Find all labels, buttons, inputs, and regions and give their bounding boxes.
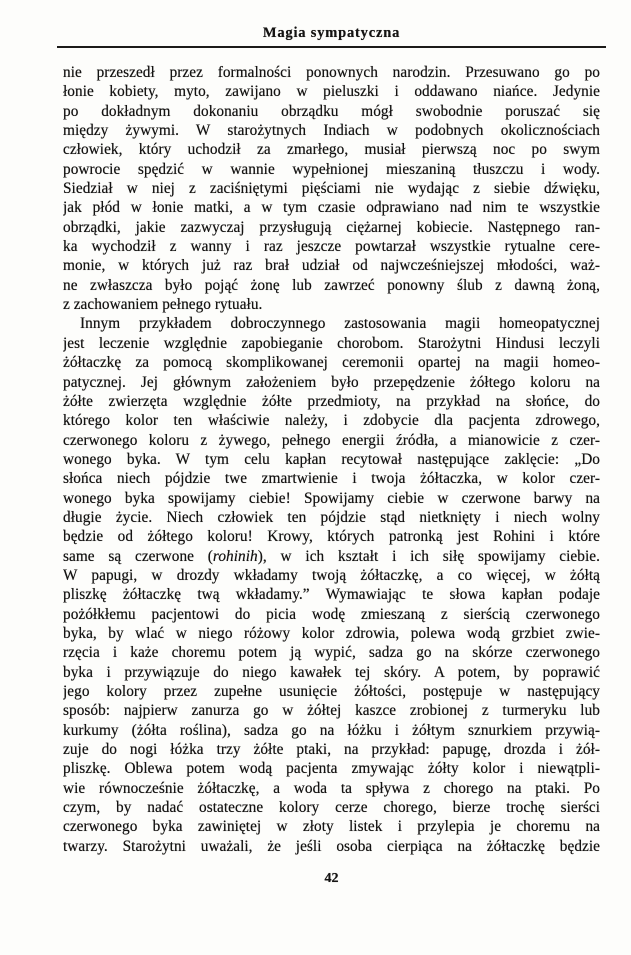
text-line: czym, by nadać ostateczne kolory cerze c… xyxy=(63,798,600,817)
text-line: słońca niech pójdzie twe zmartwienie i t… xyxy=(63,469,600,488)
text-line: powrocie spędzić w wannie wypełnionej mi… xyxy=(63,160,600,179)
text-line: wonego byka. W tym celu kapłan recytował… xyxy=(63,450,600,469)
text-line: pliszkę. Oblewa potem wodą pacjenta zmyw… xyxy=(63,759,600,778)
text-line: wie równocześnie żółtaczkę, a woda ta sp… xyxy=(63,779,600,798)
text-line: W papugi, w drozdy wkładamy twoją żółtac… xyxy=(63,566,600,585)
italic-term: rohinih xyxy=(213,548,258,565)
text-segment: ), w ich kształt i ich siłę spowijamy ci… xyxy=(258,548,600,565)
book-page: Magia sympatyczna nie przeszedł przez fo… xyxy=(0,0,631,955)
text-line: byka i przywiązuje do niego kawałek tej … xyxy=(63,663,600,682)
text-line: kurkumy (żółta roślina), sadza go na łóż… xyxy=(63,721,600,740)
text-line: z zachowaniem pełnego rytuału. xyxy=(63,295,600,314)
header-rule xyxy=(57,46,606,48)
paragraph: Innym przykładem dobroczynnego zastosowa… xyxy=(63,314,600,856)
text-line: którego kolor ten właściwie należy, i zd… xyxy=(63,411,600,430)
text-line: ka wychodził z wanny i raz jeszcze powta… xyxy=(63,237,600,256)
running-header-title: Magia sympatyczna xyxy=(63,25,600,42)
text-line: nie przeszedł przez formalności ponownyc… xyxy=(63,63,600,82)
text-line: ne zwłaszcza było pojąć żonę lub zawrzeć… xyxy=(63,276,600,295)
text-line: pożółkłemu pacjentowi do picia wodę zmie… xyxy=(63,605,600,624)
text-segment: same są czerwone ( xyxy=(63,548,213,565)
paragraph: nie przeszedł przez formalności ponownyc… xyxy=(63,63,600,314)
text-line: będzie od żółtego koloru! Krowy, których… xyxy=(63,527,600,546)
text-line: człowiek, który uchodził za zmarłego, mu… xyxy=(63,140,600,159)
text-line: czerwonego byka zawiniętej w złoty liste… xyxy=(63,817,600,836)
text-line: wonego byka spowijamy ciebie! Spowijamy … xyxy=(63,489,600,508)
page-number: 42 xyxy=(63,871,600,887)
text-line: pliszkę żółtaczkę twą wkładamy.” Wymawia… xyxy=(63,585,600,604)
text-line: jak płód w łonie matki, a w tym czasie o… xyxy=(63,198,600,217)
text-line: monie, w których już raz brał udział od … xyxy=(63,256,600,275)
text-line: obrządki, jakie zazwyczaj przysługują ci… xyxy=(63,218,600,237)
text-line: jego kolory przez zupełne usunięcie żółt… xyxy=(63,682,600,701)
text-line: długie życie. Niech człowiek ten pójdzie… xyxy=(63,508,600,527)
text-line: Siedział w niej z zaciśniętymi pięściami… xyxy=(63,179,600,198)
text-line: Innym przykładem dobroczynnego zastosowa… xyxy=(63,314,600,333)
text-line: między żywymi. W starożytnych Indiach w … xyxy=(63,121,600,140)
text-line: po dokładnym dokonaniu obrządku mógł swo… xyxy=(63,102,600,121)
text-line: sposób: najpierw zanurza go w żółtej kas… xyxy=(63,701,600,720)
text-line: patycznej. Jej głównym założeniem było p… xyxy=(63,373,600,392)
text-line: rzęcia i każe choremu potem ją wypić, sa… xyxy=(63,643,600,662)
body-text: nie przeszedł przez formalności ponownyc… xyxy=(63,63,600,856)
text-line: jest leczenie względnie zapobieganie cho… xyxy=(63,334,600,353)
text-line: same są czerwone (rohinih), w ich kształ… xyxy=(63,547,600,566)
text-line: twarzy. Starożytni uważali, że jeśli oso… xyxy=(63,837,600,856)
text-line: żółtaczkę za pomocą skomplikowanej cerem… xyxy=(63,353,600,372)
text-line: byka, by wlać w niego różowy kolor zdrow… xyxy=(63,624,600,643)
text-line: czerwonego koloru z żywego, pełnego ener… xyxy=(63,431,600,450)
text-line: łonie kobiety, myto, zawijano w pieluszk… xyxy=(63,82,600,101)
text-line: żółte zwierzęta względnie żółte przedmio… xyxy=(63,392,600,411)
text-line: zuje do nogi łóżka trzy żółte ptaki, na … xyxy=(63,740,600,759)
